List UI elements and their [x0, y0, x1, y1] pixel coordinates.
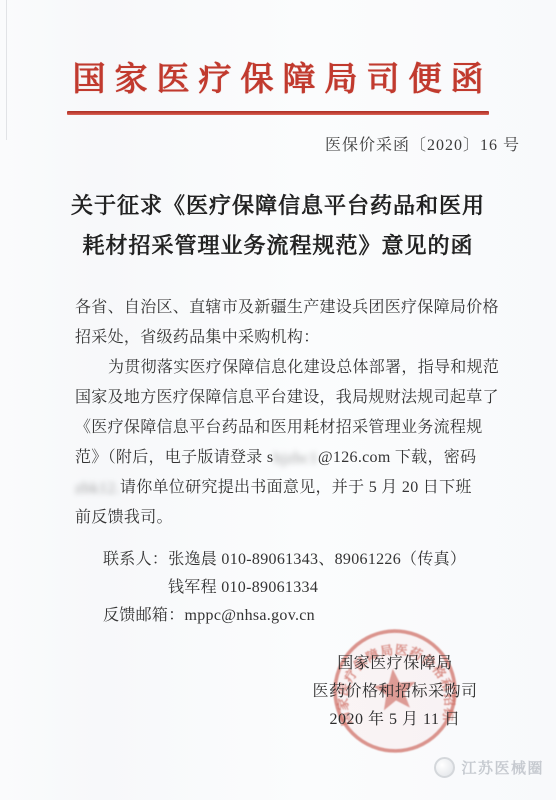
feedback-email-line: 反馈邮箱：mppc@nhsa.gov.cn: [103, 602, 556, 630]
scan-artifact-line: [6, 0, 7, 140]
signature-org-line1: 国家医疗保障局: [275, 650, 515, 678]
signature-date: 2020 年 5 月 11 日: [275, 706, 515, 734]
redacted-email-blur: hjzbc1: [273, 444, 317, 474]
contact-person-line: 联系人：张逸晨 010-89061343、89061226（传真）: [103, 546, 556, 574]
body-line: 为贯彻落实医疗保障信息化建设总体部署，指导和规范: [75, 353, 507, 383]
body-text: @126.com 下载，密码: [318, 449, 476, 466]
document-number: 医保价采函〔2020〕16 号: [0, 132, 556, 155]
body-text: 请你单位研究提出书面意见，并于 5 月 20 日下班: [120, 479, 472, 496]
signature-block: 国家医疗保障局 医药价格和招标采购司 2020 年 5 月 11 日: [275, 650, 515, 734]
letterhead-divider: [67, 111, 489, 115]
body-line: 前反馈我司。: [75, 503, 507, 533]
subject-title: 关于征求《医疗保障信息平台药品和医用 耗材招采管理业务流程规范》意见的函: [0, 186, 556, 266]
body-line: 《医疗保障信息平台药品和医用耗材招采管理业务流程规: [75, 413, 507, 443]
subject-title-line2: 耗材招采管理业务流程规范》意见的函: [0, 226, 556, 266]
watermark: 江苏医械圈: [434, 757, 544, 778]
letter-body: 各省、自治区、直辖市及新疆生产建设兵团医疗保障局价格 招采处，省级药品集中采购机…: [75, 293, 507, 533]
redacted-password-blur: zbk12.: [75, 474, 120, 504]
salutation-line: 各省、自治区、直辖市及新疆生产建设兵团医疗保障局价格: [75, 293, 507, 323]
scanned-letter-page: 国家医疗保障局司便函 医保价采函〔2020〕16 号 关于征求《医疗保障信息平台…: [0, 0, 556, 800]
watermark-logo-icon: [434, 757, 455, 778]
contact-person-line2: 钱军程 010-89061334: [103, 574, 556, 602]
letterhead-title: 国家医疗保障局司便函: [0, 58, 556, 102]
salutation-line: 招采处，省级药品集中采购机构：: [75, 323, 507, 353]
signature-org-line2: 医药价格和招标采购司: [275, 678, 515, 706]
watermark-text: 江苏医械圈: [461, 757, 544, 778]
contact-block: 联系人：张逸晨 010-89061343、89061226（传真） 钱军程 01…: [103, 546, 556, 630]
subject-title-line1: 关于征求《医疗保障信息平台药品和医用: [0, 186, 556, 226]
body-line: 国家及地方医疗保障信息平台建设，我局规财法规司起草了: [75, 383, 507, 413]
body-text: 范》（附后，电子版请登录 s: [75, 449, 273, 466]
body-line-with-redacted-password: zbk12.请你单位研究提出书面意见，并于 5 月 20 日下班: [75, 473, 507, 503]
body-line-with-redacted-email: 范》（附后，电子版请登录 shjzbc1@126.com 下载，密码: [75, 443, 507, 473]
